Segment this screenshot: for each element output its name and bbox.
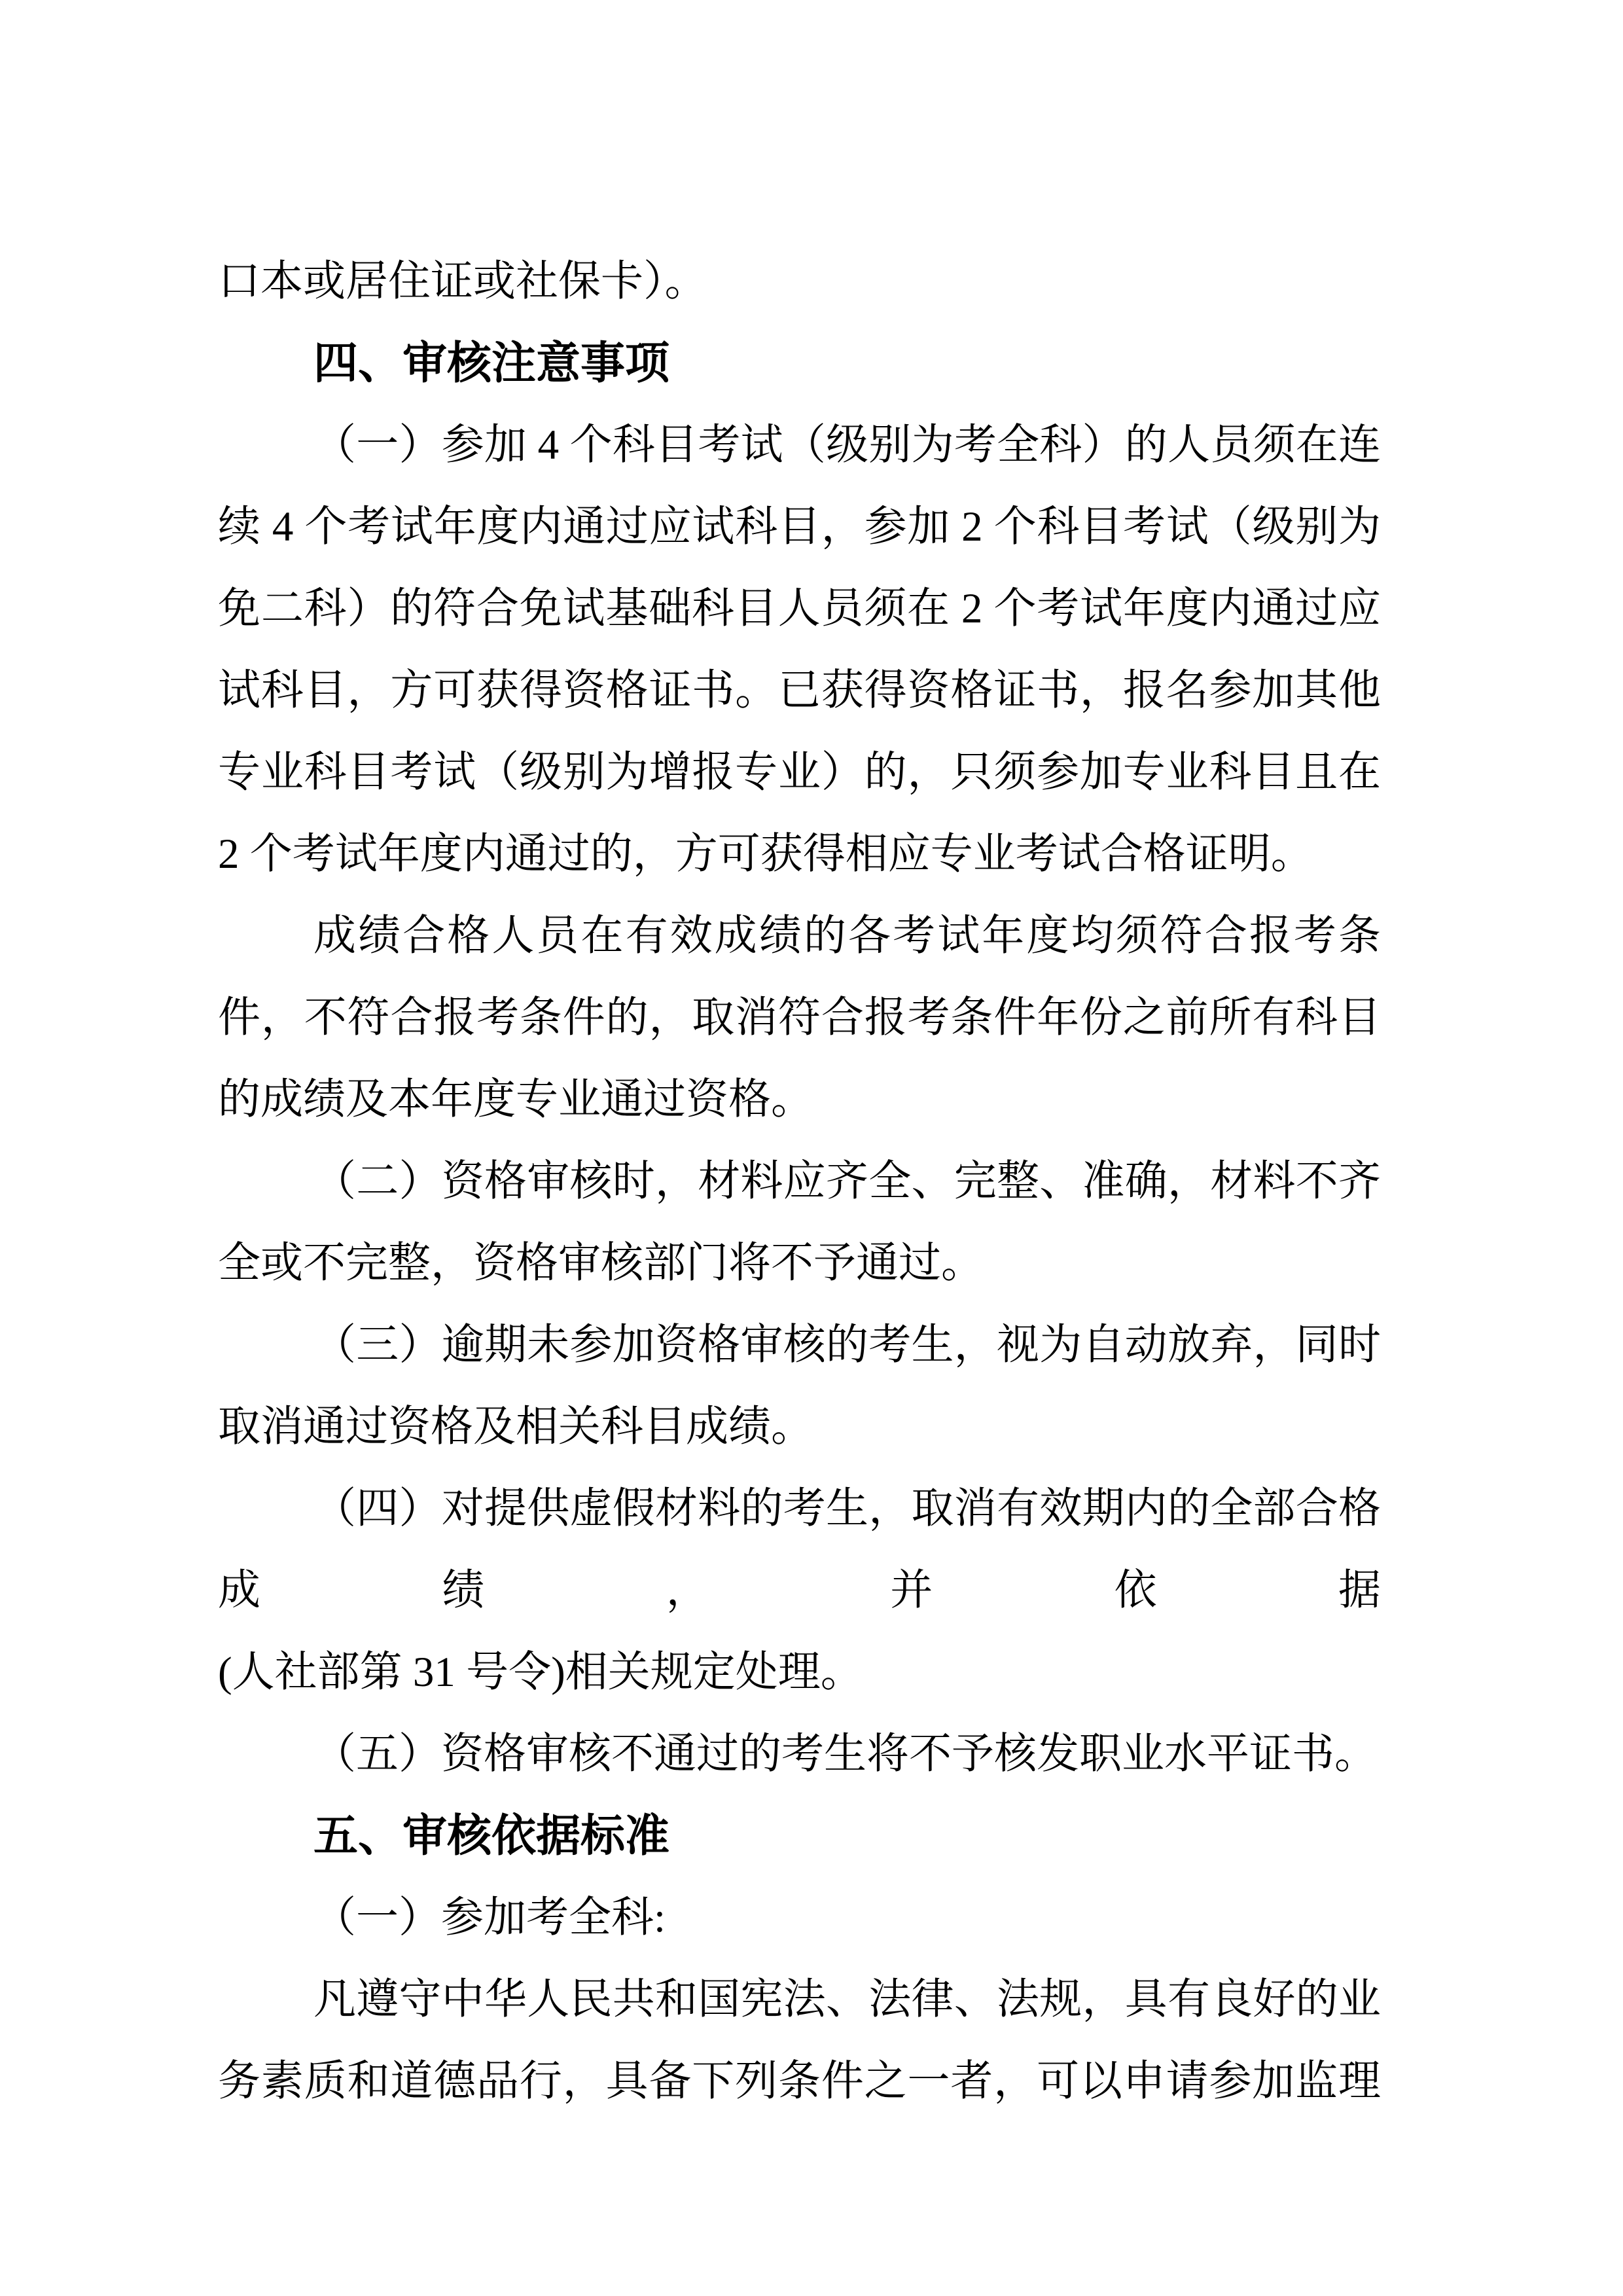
text-line: 凡遵守中华人民共和国宪法、法律、法规，具有良好的业: [218, 1959, 1381, 2041]
text-line: 成绩，并依据《专业技术人员资格考试违纪违规行为处理规定》: [218, 1550, 1381, 1632]
text-line: 免二科）的符合免试基础科目人员须在 2 个考试年度内通过应: [218, 568, 1381, 650]
text-line: （五）资格审核不通过的考生将不予核发职业水平证书。: [218, 1713, 1381, 1795]
section-heading-four: 四、审核注意事项: [218, 323, 1381, 404]
text-line: 的成绩及本年度专业通过资格。: [218, 1059, 1381, 1141]
text-line: (人社部第 31 号令)相关规定处理。: [218, 1632, 1381, 1713]
text-line: 成绩合格人员在有效成绩的各考试年度均须符合报考条: [218, 895, 1381, 977]
text-line: 口本或居住证或社保卡）。: [218, 241, 1381, 323]
text-line: （三）逾期未参加资格审核的考生，视为自动放弃，同时: [218, 1304, 1381, 1386]
text-line: 取消通过资格及相关科目成绩。: [218, 1386, 1381, 1468]
sub-heading: （一）参加考全科:: [218, 1877, 1381, 1959]
text-line: （二）资格审核时，材料应齐全、完整、准确，材料不齐: [218, 1141, 1381, 1223]
document-text-block: 口本或居住证或社保卡）。 四、审核注意事项 （一）参加 4 个科目考试（级别为考…: [218, 241, 1381, 2123]
text-line: 续 4 个考试年度内通过应试科目，参加 2 个科目考试（级别为: [218, 486, 1381, 568]
section-heading-five: 五、审核依据标准: [218, 1795, 1381, 1877]
document-page: 口本或居住证或社保卡）。 四、审核注意事项 （一）参加 4 个科目考试（级别为考…: [0, 0, 1623, 2296]
text-line: 专业科目考试（级别为增报专业）的，只须参加专业科目且在: [218, 732, 1381, 814]
text-line: 件，不符合报考条件的，取消符合报考条件年份之前所有科目: [218, 977, 1381, 1059]
text-line: 试科目，方可获得资格证书。已获得资格证书，报名参加其他: [218, 650, 1381, 732]
text-line: 全或不完整，资格审核部门将不予通过。: [218, 1223, 1381, 1304]
text-line: 务素质和道德品行，具备下列条件之一者，可以申请参加监理: [218, 2041, 1381, 2123]
text-line: 2 个考试年度内通过的，方可获得相应专业考试合格证明。: [218, 814, 1381, 895]
text-line: （四）对提供虚假材料的考生，取消有效期内的全部合格: [218, 1468, 1381, 1550]
text-line: （一）参加 4 个科目考试（级别为考全科）的人员须在连: [218, 404, 1381, 486]
